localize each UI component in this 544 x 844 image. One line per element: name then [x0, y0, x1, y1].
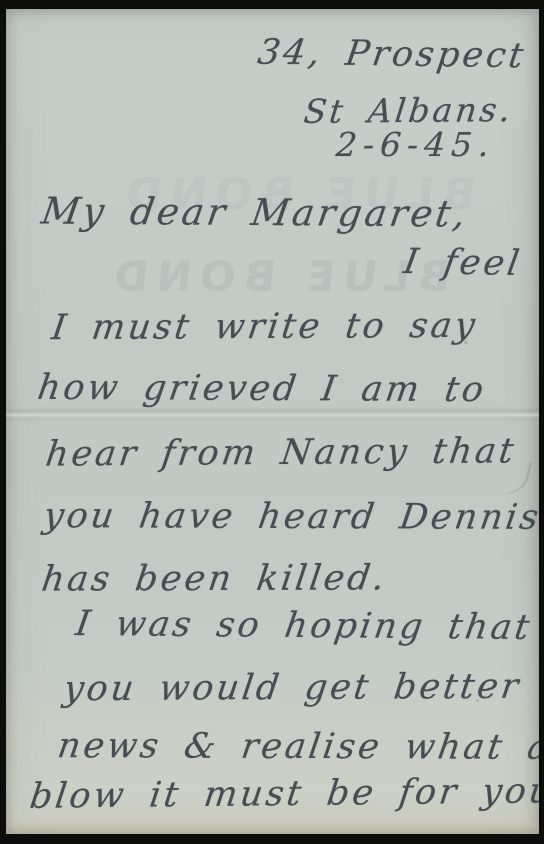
body-line: you have heard Dennis [41, 496, 539, 538]
date-line: 2-6-45. [335, 125, 497, 164]
address-line-1: 34, Prospect Rd [255, 33, 539, 78]
body-line: hear from Nancy that [43, 431, 518, 474]
body-line: how grieved I am to [35, 368, 489, 410]
body-line: news & realise what a [55, 726, 539, 768]
greeting-line: My dear Margaret, [39, 190, 472, 236]
body-line: I was so hoping that [73, 604, 535, 648]
body-line: you would get better [61, 667, 523, 709]
body-line: I must write to say [49, 306, 480, 348]
photo-backdrop: BLUE BOND BLUE BOND 34, Prospect Rd St A… [0, 0, 544, 844]
body-line: blow it must be for you. [27, 771, 539, 817]
letter-paper: BLUE BOND BLUE BOND 34, Prospect Rd St A… [6, 9, 539, 834]
body-line: has been killed. [39, 558, 390, 599]
body-line: I feel [401, 242, 525, 284]
